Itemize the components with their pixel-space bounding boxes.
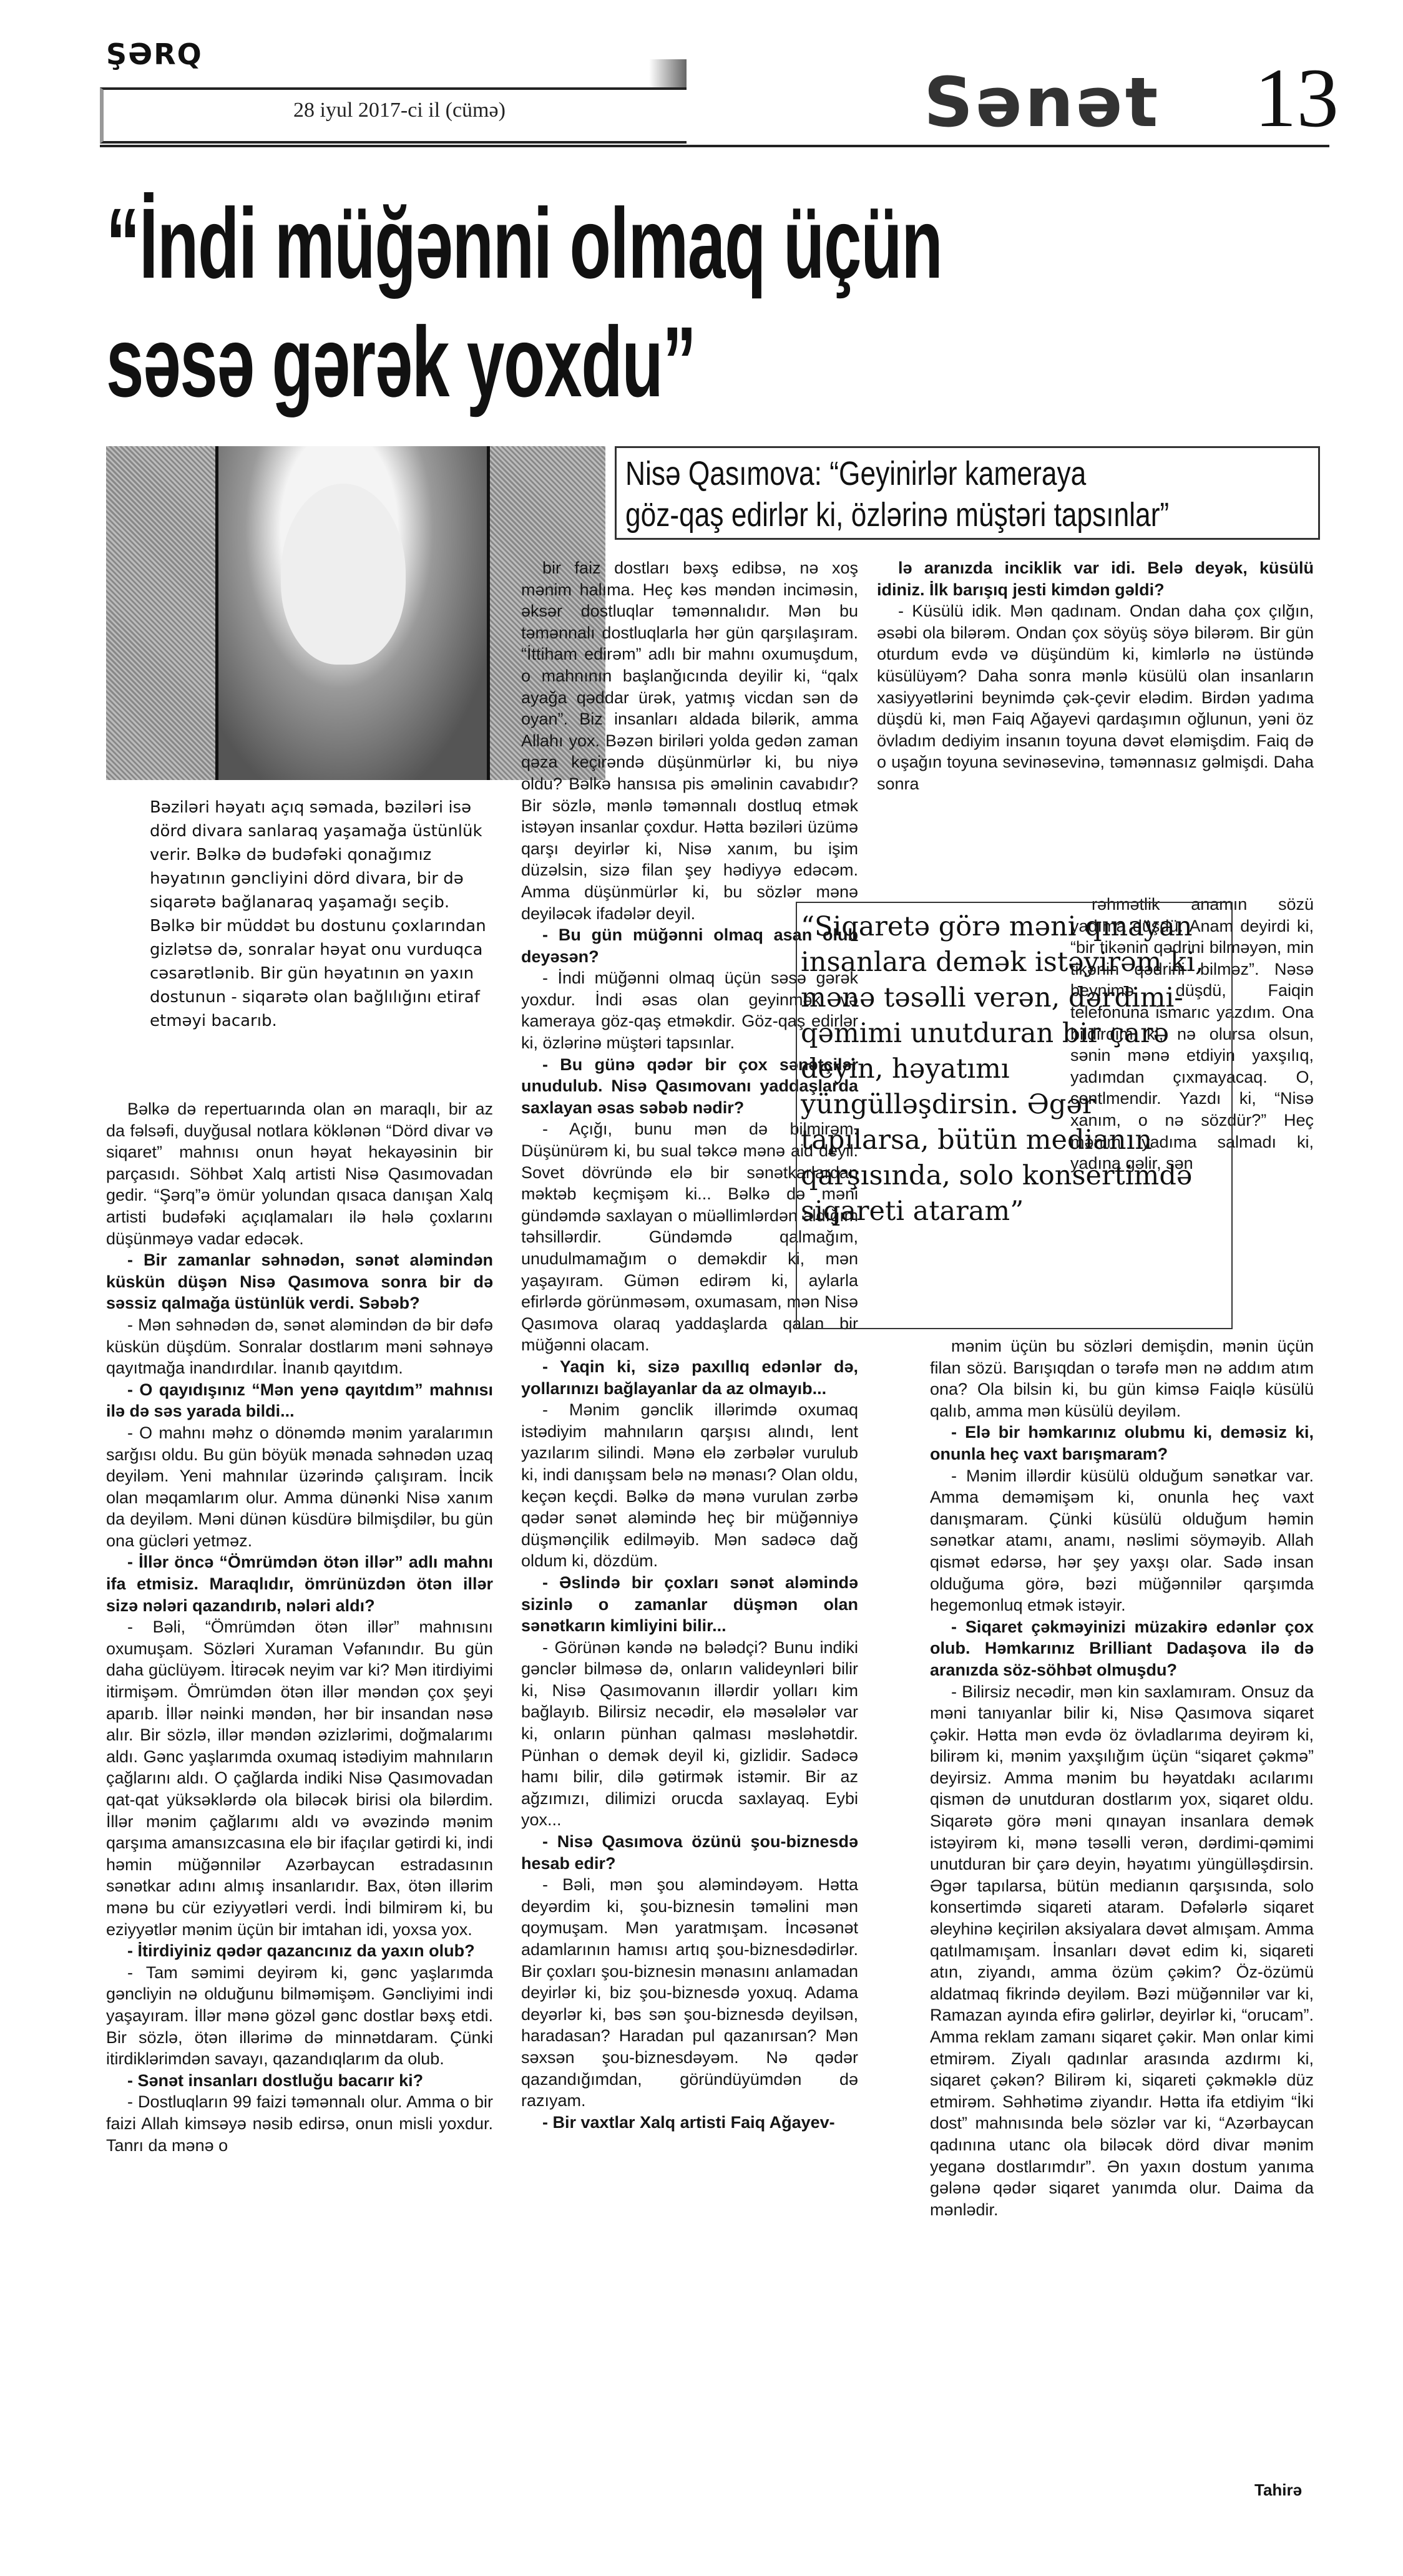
section-title: Sənət (924, 62, 1160, 142)
interview-question: - İtirdiyiniz qədər qazancınız da yaxın … (106, 1940, 493, 1962)
interview-paragraph: - Tam səmimi deyirəm ki, gənc yaşlarımda… (106, 1962, 493, 2070)
author-signature: Tahirə (1254, 2481, 1302, 2500)
column-2: bir faiz dostları bəxş edibsə, nə xoş mə… (521, 557, 858, 2133)
interview-question: - Nisə Qasımova özünü şou-biznesdə hesab… (521, 1831, 858, 1874)
interview-question: lə aranızda inciklik var idi. Belə deyək… (877, 557, 1314, 600)
interview-paragraph: - Bəli, mən şou aləmindəyəm. Hətta deyər… (521, 1874, 858, 2112)
photo-portrait-panel (215, 446, 490, 780)
interview-question: - Elə bir həmkarınız olubmu ki, deməsiz … (930, 1422, 1314, 1465)
interview-paragraph: mənim üçün bu sözləri demişdin, mənin üç… (930, 1335, 1314, 1422)
headline-line-1: “İndi müğənni olmaq üçün (106, 184, 1337, 303)
issue-date: 28 iyul 2017-ci il (cümə) (293, 99, 506, 122)
subtitle-line-1: Nisə Qasımova: “Geyinirlər kameraya (625, 453, 1186, 494)
interview-paragraph: - O mahnı məhz o dönəmdə mənim yaralarım… (106, 1422, 493, 1552)
interview-paragraph: - Dostluqların 99 faizi təmənnalı olur. … (106, 2091, 493, 2156)
column-3-bottom: mənim üçün bu sözləri demişdin, mənin üç… (930, 1335, 1314, 2220)
interview-paragraph: bir faiz dostları bəxş edibsə, nə xoş mə… (521, 557, 858, 924)
interview-paragraph: - Mənim illərdir küsülü olduğum sənətkar… (930, 1465, 1314, 1616)
interview-paragraph: - Bəli, “Ömrümdən ötən illər” mahnısını … (106, 1616, 493, 1940)
interview-paragraph: - Mən səhnədən də, sənət aləmindən də bi… (106, 1314, 493, 1379)
interview-paragraph: Bəlkə də repertuarında olan ən maraqlı, … (106, 1098, 493, 1249)
column-3-top: lə aranızda inciklik var idi. Belə deyək… (877, 557, 1314, 894)
pull-quote: “Siqaretə görə məni qınayan insanlara de… (796, 902, 1233, 1329)
interview-paragraph: - Bilirsiz necədir, mən kin saxlamıram. … (930, 1681, 1314, 2221)
interview-question: - Yaqin ki, sizə paxıllıq edənlər də, yo… (521, 1356, 858, 1399)
column-1: Bəlkə də repertuarında olan ən maraqlı, … (106, 1098, 493, 2156)
interview-question: - Bir vaxtlar Xalq artisti Faiq Ağayev- (521, 2112, 858, 2134)
interview-question: - Bir zamanlar səhnədən, sənət aləmindən… (106, 1249, 493, 1314)
headline-line-2: səsə gərək yoxdu” (106, 303, 1337, 421)
interview-paragraph: - Görünən kəndə nə bələdçi? Bunu indiki … (521, 1637, 858, 1831)
headline: “İndi müğənni olmaq üçün səsə gərək yoxd… (106, 184, 1337, 421)
portrait-face (281, 484, 406, 665)
interview-question: - İllər öncə “Ömrümdən ötən illər” adlı … (106, 1551, 493, 1616)
interview-paragraph: - Küsülü idik. Mən qadınam. Ondan daha ç… (877, 600, 1314, 794)
subtitle-line-2: göz-qaş edirlər ki, özlərinə müştəri tap… (625, 494, 1186, 535)
subtitle-box: Nisə Qasımova: “Geyinirlər kameraya göz-… (615, 446, 1320, 540)
interview-paragraph: - Mənim gənclik illərimdə oxumaq istədiy… (521, 1399, 858, 1572)
masthead-shade (649, 59, 687, 87)
interview-question: - Əslində bir çoxları sənət aləmində siz… (521, 1572, 858, 1637)
interview-question: - O qayıdışınız “Mən yenə qayıtdım” mahn… (106, 1379, 493, 1422)
interview-question: - Sənət insanları dostluğu bacarır ki? (106, 2070, 493, 2092)
newspaper-masthead: ŞƏRQ (106, 37, 203, 71)
header-rule (100, 145, 1329, 147)
interview-question: - Siqaret çəkməyinizi müzakirə edənlər ç… (930, 1616, 1314, 1681)
lead-paragraph: Bəziləri həyatı açıq səmada, bəziləri is… (150, 796, 487, 1033)
page-number: 13 (1254, 50, 1339, 147)
